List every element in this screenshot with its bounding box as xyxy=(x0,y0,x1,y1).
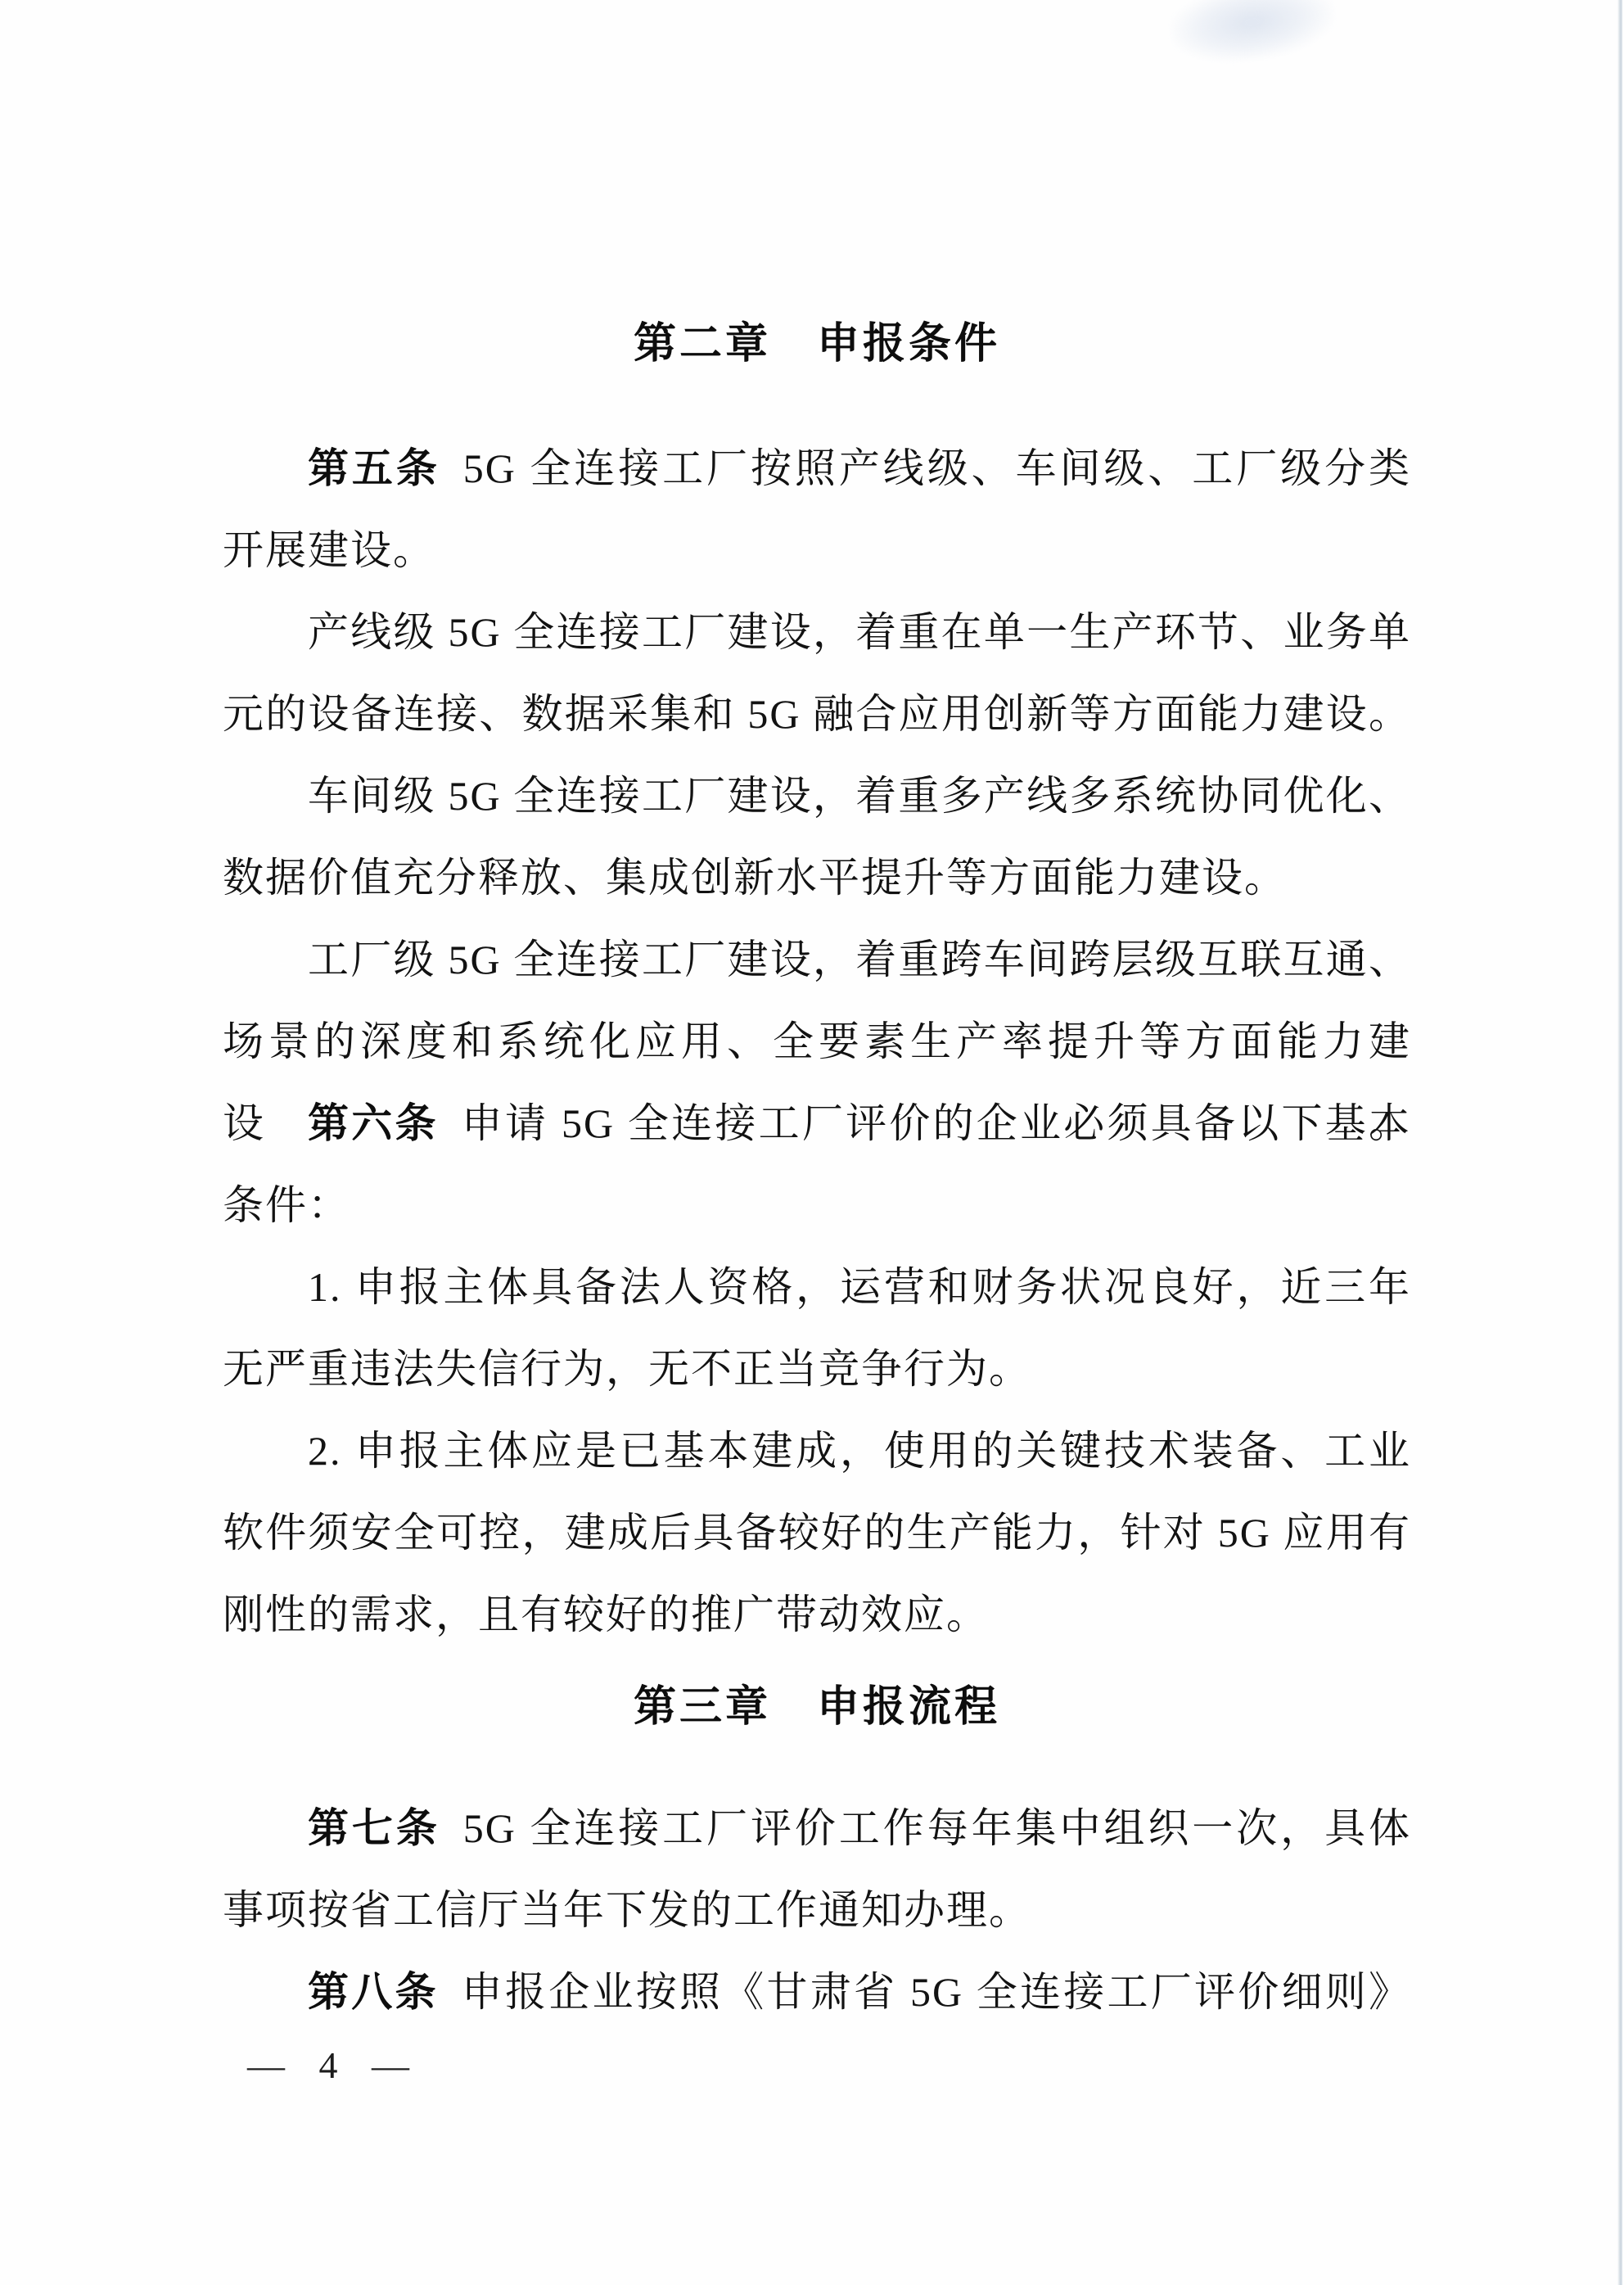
text-line: 工厂级 5G 全连接工厂建设，着重跨车间跨层级互联互通、 xyxy=(223,919,1411,1000)
scan-edge-artifact xyxy=(1617,0,1622,2285)
text-line: 条件： xyxy=(223,1164,1411,1246)
text-line: 软件须安全可控，建成后具备较好的生产能力，针对 5G 应用有 xyxy=(223,1492,1411,1574)
chapter-3-body: 第七条5G 全连接工厂评价工作每年集中组织一次，具体事项按省工信厅当年下发的工作… xyxy=(223,1787,1411,2033)
document-page: 第二章 申报条件 第五条5G 全连接工厂按照产线级、车间级、工厂级分类开展建设。… xyxy=(0,0,1624,2285)
scan-smudge-artifact xyxy=(1166,0,1339,70)
chapter-2-heading: 第二章 申报条件 xyxy=(223,303,1411,385)
text-line: 开展建设。 xyxy=(223,509,1411,591)
article-line: 第六条申请 5G 全连接工厂评价的企业必须具备以下基本 xyxy=(223,1082,1411,1164)
chapter-3-heading: 第三章 申报流程 xyxy=(223,1666,1411,1748)
text-line: 元的设备连接、数据采集和 5G 融合应用创新等方面能力建设。 xyxy=(223,673,1411,755)
text-line: 车间级 5G 全连接工厂建设，着重多产线多系统协同优化、 xyxy=(223,755,1411,837)
text-line: 产线级 5G 全连接工厂建设，着重在单一生产环节、业务单 xyxy=(223,591,1411,673)
text-line: 刚性的需求，且有较好的推广带动效应。 xyxy=(223,1574,1411,1655)
text-line: 1. 申报主体具备法人资格，运营和财务状况良好，近三年 xyxy=(223,1246,1411,1328)
text-line: 事项按省工信厅当年下发的工作通知办理。 xyxy=(223,1869,1411,1951)
text-line: 数据价值充分释放、集成创新水平提升等方面能力建设。 xyxy=(223,837,1411,919)
text-line: 无严重违法失信行为，无不正当竞争行为。 xyxy=(223,1328,1411,1410)
article-number-label: 第八条 xyxy=(308,1969,439,2015)
article-number-label: 第六条 xyxy=(308,1100,439,1146)
article-line: 第七条5G 全连接工厂评价工作每年集中组织一次，具体 xyxy=(223,1787,1411,1869)
article-number-label: 第七条 xyxy=(308,1805,440,1851)
article-number-label: 第五条 xyxy=(308,445,440,491)
article-line: 第八条申报企业按照《甘肃省 5G 全连接工厂评价细则》 xyxy=(223,1951,1411,2033)
article-line: 第五条5G 全连接工厂按照产线级、车间级、工厂级分类 xyxy=(223,427,1411,509)
page-number: — 4 — xyxy=(247,2043,411,2088)
chapter-2-body: 第五条5G 全连接工厂按照产线级、车间级、工厂级分类开展建设。产线级 5G 全连… xyxy=(223,427,1411,1655)
text-line: 场景的深度和系统化应用、全要素生产率提升等方面能力建设。 xyxy=(223,1000,1411,1082)
text-line: 2. 申报主体应是已基本建成，使用的关键技术装备、工业 xyxy=(223,1410,1411,1492)
